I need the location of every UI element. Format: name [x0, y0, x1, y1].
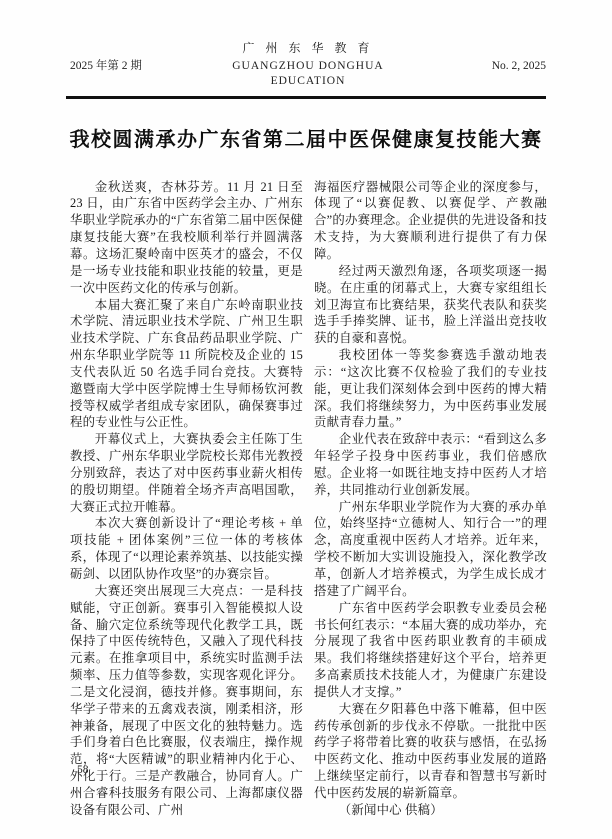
article-paragraph: 金秋送爽，杏林芬芳。11 月 21 日至 23 日，由广东省中医药学会主办、广州…	[70, 179, 303, 297]
journal-name-english: GUANGZHOU DONGHUA EDUCATION	[210, 59, 406, 89]
article-paragraph-continued: 海福医疗器械限公司等企业的深度参与，体现了“以赛促教、以赛促学、产教融合”的办赛…	[314, 179, 547, 263]
article-body: 金秋送爽，杏林芬芳。11 月 21 日至 23 日，由广东省中医药学会主办、广州…	[0, 179, 612, 819]
issue-label-chinese: 2025 年第 2 期	[70, 59, 210, 74]
page-header: 广 州 东 华 教 育 2025 年第 2 期 GUANGZHOU DONGHU…	[0, 40, 612, 89]
article-paragraph: 本届大赛汇聚了来自广东岭南职业技术学院、清远职业技术学院、广州卫生职业技术学院、…	[70, 297, 303, 432]
article-attribution: （新闻中心 供稿）	[314, 802, 547, 819]
article-paragraph: 大赛还突出展现三大亮点：一是科技赋能，守正创新。赛事引入智能模拟人设备、腧穴定位…	[70, 583, 303, 819]
article-title: 我校圆满承办广东省第二届中医保健康复技能大赛	[0, 126, 612, 154]
header-issue-row: 2025 年第 2 期 GUANGZHOU DONGHUA EDUCATION …	[70, 59, 546, 89]
journal-page: 广 州 东 华 教 育 2025 年第 2 期 GUANGZHOU DONGHU…	[0, 0, 612, 839]
article-paragraph: 开幕仪式上，大赛执委会主任陈丁生教授、广州东华职业学院校长郑伟光教授分别致辞，表…	[70, 431, 303, 515]
article-paragraph: 本次大赛创新设计了“理论考核 + 单项技能 + 团体案例”三位一体的考核体系，体…	[70, 515, 303, 582]
page-number: 58	[77, 764, 89, 776]
article-paragraph: 大赛在夕阳暮色中落下帷幕，但中医药传承创新的步伐永不停歇。一批批中医药学子将带着…	[314, 701, 547, 802]
issue-label-english: No. 2, 2025	[406, 59, 546, 74]
article-paragraph: 经过两天激烈角逐，各项奖项逐一揭晓。在庄重的闭幕式上，大赛专家组组长刘卫海宣布比…	[314, 263, 547, 347]
header-divider-rule	[66, 96, 546, 99]
article-paragraph: 企业代表在致辞中表示：“看到这么多年轻学子投身中医药事业，我们倍感欣慰。企业将一…	[314, 431, 547, 498]
article-paragraph: 广东省中医药学会职教专业委员会秘书长何红表示：“本届大赛的成功举办，充分展现了我…	[314, 600, 547, 701]
article-paragraph: 我校团体一等奖参赛选手激动地表示：“这次比赛不仅检验了我们的专业技能，更让我们深…	[314, 347, 547, 431]
article-paragraph: 广州东华职业学院作为大赛的承办单位，始终坚持“立德树人、知行合一”的理念，高度重…	[314, 499, 547, 600]
left-column: 金秋送爽，杏林芬芳。11 月 21 日至 23 日，由广东省中医药学会主办、广州…	[70, 179, 303, 819]
right-column: 海福医疗器械限公司等企业的深度参与，体现了“以赛促教、以赛促学、产教融合”的办赛…	[314, 179, 547, 819]
journal-name-chinese: 广 州 东 华 教 育	[70, 40, 546, 56]
